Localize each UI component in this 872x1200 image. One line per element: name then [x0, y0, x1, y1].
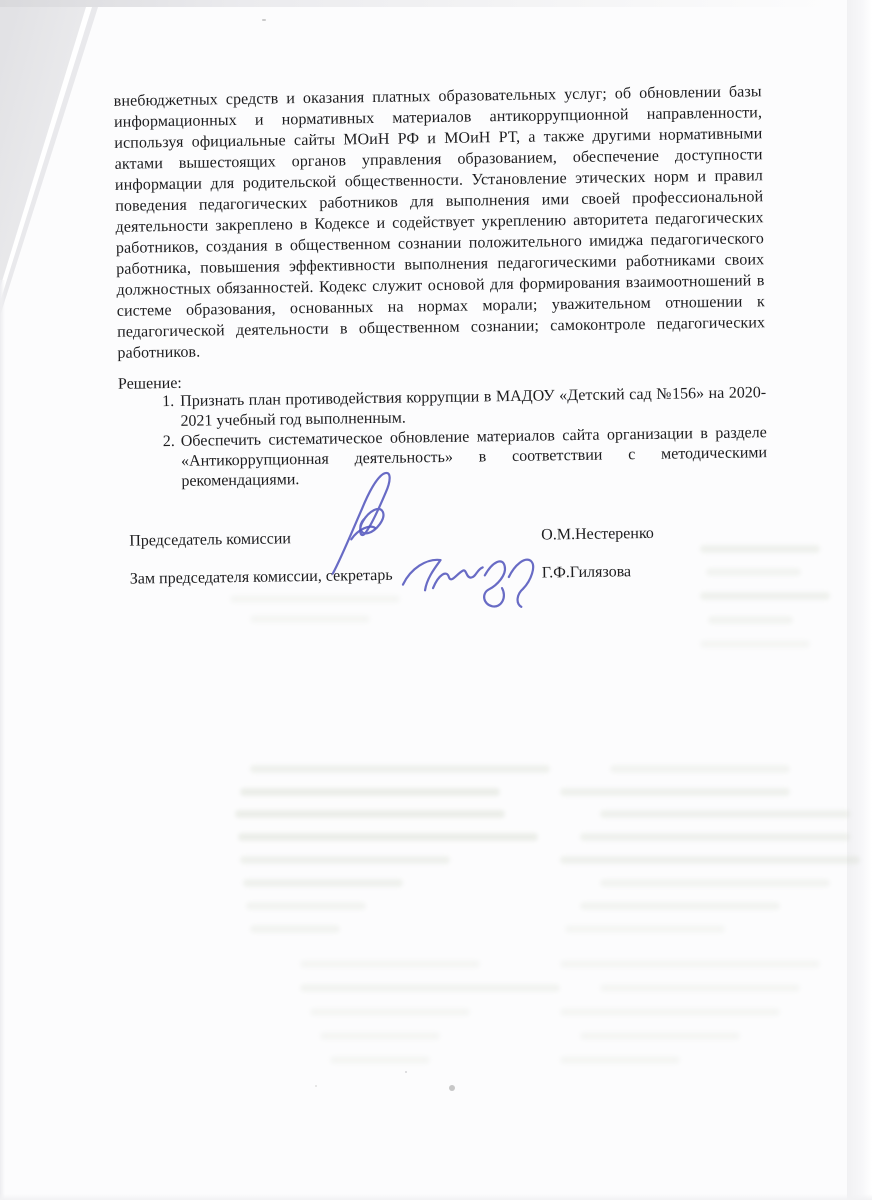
signature-ink-secretary: [396, 532, 547, 619]
ink-speck: [405, 1071, 407, 1073]
decision-item: Обеспечить систематическое обновление ма…: [179, 423, 768, 492]
document-content: внебюджетных средств и оказания платных …: [114, 81, 768, 493]
scanned-page: внебюджетных средств и оказания платных …: [0, 0, 872, 1200]
scan-top-edge: [0, 0, 872, 7]
scan-right-edge: [840, 0, 847, 1200]
scan-left-edge: [0, 280, 5, 1200]
scan-bottom-edge: [0, 1194, 872, 1200]
ink-speck: [315, 1085, 317, 1087]
signature-title: Председатель комиссии: [129, 530, 291, 549]
page-fold-corner: [0, 0, 120, 330]
signature-name: Г.Ф.Гилязова: [542, 562, 632, 583]
signature-name: О.М.Нестеренко: [541, 524, 654, 546]
scan-right-margin: [847, 0, 872, 1200]
decision-list: Признать план противодействия коррупции …: [118, 383, 767, 493]
body-paragraph: внебюджетных средств и оказания платных …: [114, 81, 766, 364]
ink-speck: [262, 19, 266, 21]
decision-section: Решение: Признать план противодействия к…: [118, 366, 768, 493]
ink-speck: [449, 1085, 455, 1091]
